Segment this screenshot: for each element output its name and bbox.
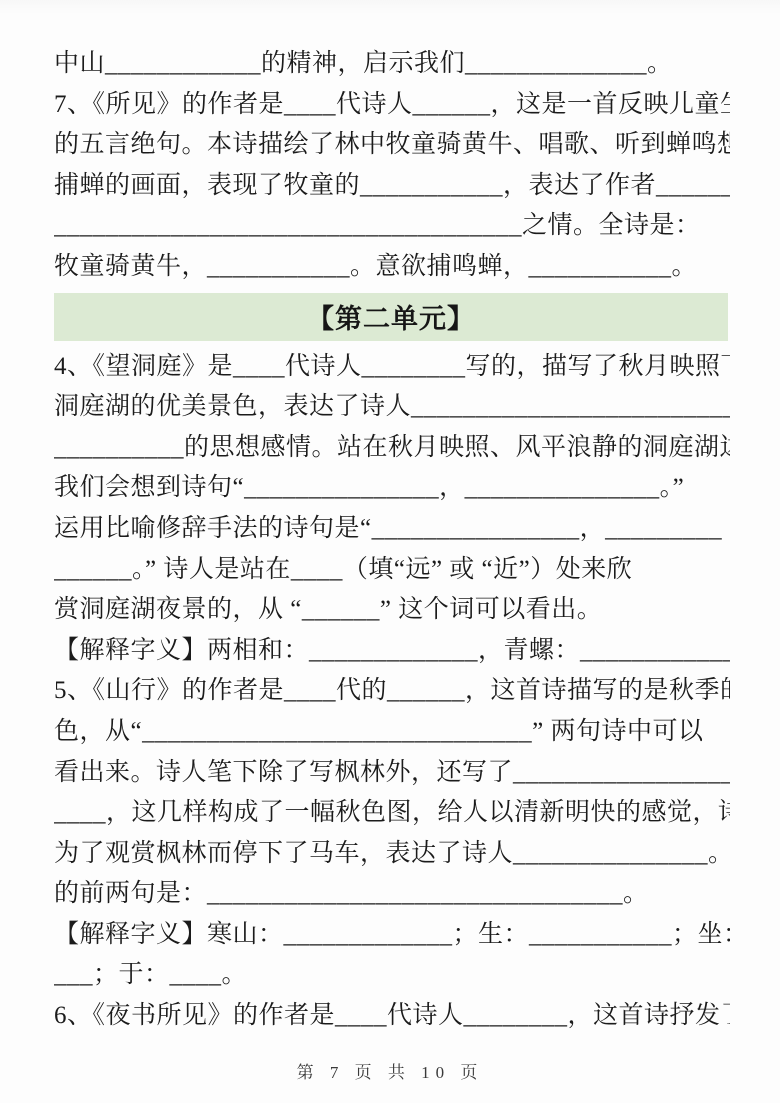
text-line: 【解释字义】寒山：_____________；生：___________；坐：_… (54, 915, 730, 956)
text-line: 6、《夜书所见》的作者是____代诗人________，这首诗抒发了诗 (54, 996, 730, 1037)
text-line: 看出来。诗人笔下除了写枫林外，还写了__________________ (54, 753, 730, 794)
text-line: ___；于：____。 (54, 955, 730, 996)
text-line: 4、《望洞庭》是____代诗人________写的，描写了秋月映照下的 (54, 347, 730, 388)
text-line: ____________________________________之情。全… (54, 206, 730, 247)
text-line: 的前两句是：________________________________。 (54, 874, 730, 915)
text-line: 为了观赏枫林而停下了马车，表达了诗人_______________。诗 (54, 834, 730, 875)
text-line: 牧童骑黄牛，___________。意欲捕鸣蝉，___________。 (54, 247, 730, 288)
worksheet-page: 中山____________的精神，启示我们______________。 7、… (0, 0, 780, 1103)
text-line: ______。” 诗人是站在____（填“远” 或 “近”）处来欣 (54, 550, 730, 591)
text-line: 捕蝉的画面，表现了牧童的___________，表达了作者_________ (54, 166, 730, 207)
text-line: 【解释字义】两相和：_____________，青螺：____________ (54, 631, 730, 672)
unit-2-section-banner: 【第二单元】 (54, 293, 728, 341)
text-line: 洞庭湖的优美景色，表达了诗人__________________________ (54, 387, 730, 428)
text-line: 中山____________的精神，启示我们______________。 (54, 44, 730, 85)
text-line: 的五言绝句。本诗描绘了林中牧童骑黄牛、唱歌、听到蝉鸣想要 (54, 125, 730, 166)
text-line: __________的思想感情。站在秋月映照、风平浪静的洞庭湖边， (54, 428, 730, 469)
unit-banner-label: 【第二单元】 (307, 297, 475, 336)
text-line: 运用比喻修辞手法的诗句是“________________，_________ (54, 509, 730, 550)
text-line: 7、《所见》的作者是____代诗人______，这是一首反映儿童生活 (54, 85, 730, 126)
page-number: 第 7 页 共 10 页 (0, 1058, 780, 1083)
text-line: 赏洞庭湖夜景的，从 “______” 这个词可以看出。 (54, 590, 730, 631)
text-line: ____，这几样构成了一幅秋色图，给人以清新明快的感觉，诗人是 (54, 793, 730, 834)
text-line: 色，从“______________________________” 两句诗中… (54, 712, 730, 753)
text-line: 5、《山行》的作者是____代的______，这首诗描写的是秋季的景 (54, 671, 730, 712)
text-line: 我们会想到诗句“_______________，_______________。… (54, 468, 730, 509)
worksheet-content: 中山____________的精神，启示我们______________。 7、… (0, 0, 780, 1037)
